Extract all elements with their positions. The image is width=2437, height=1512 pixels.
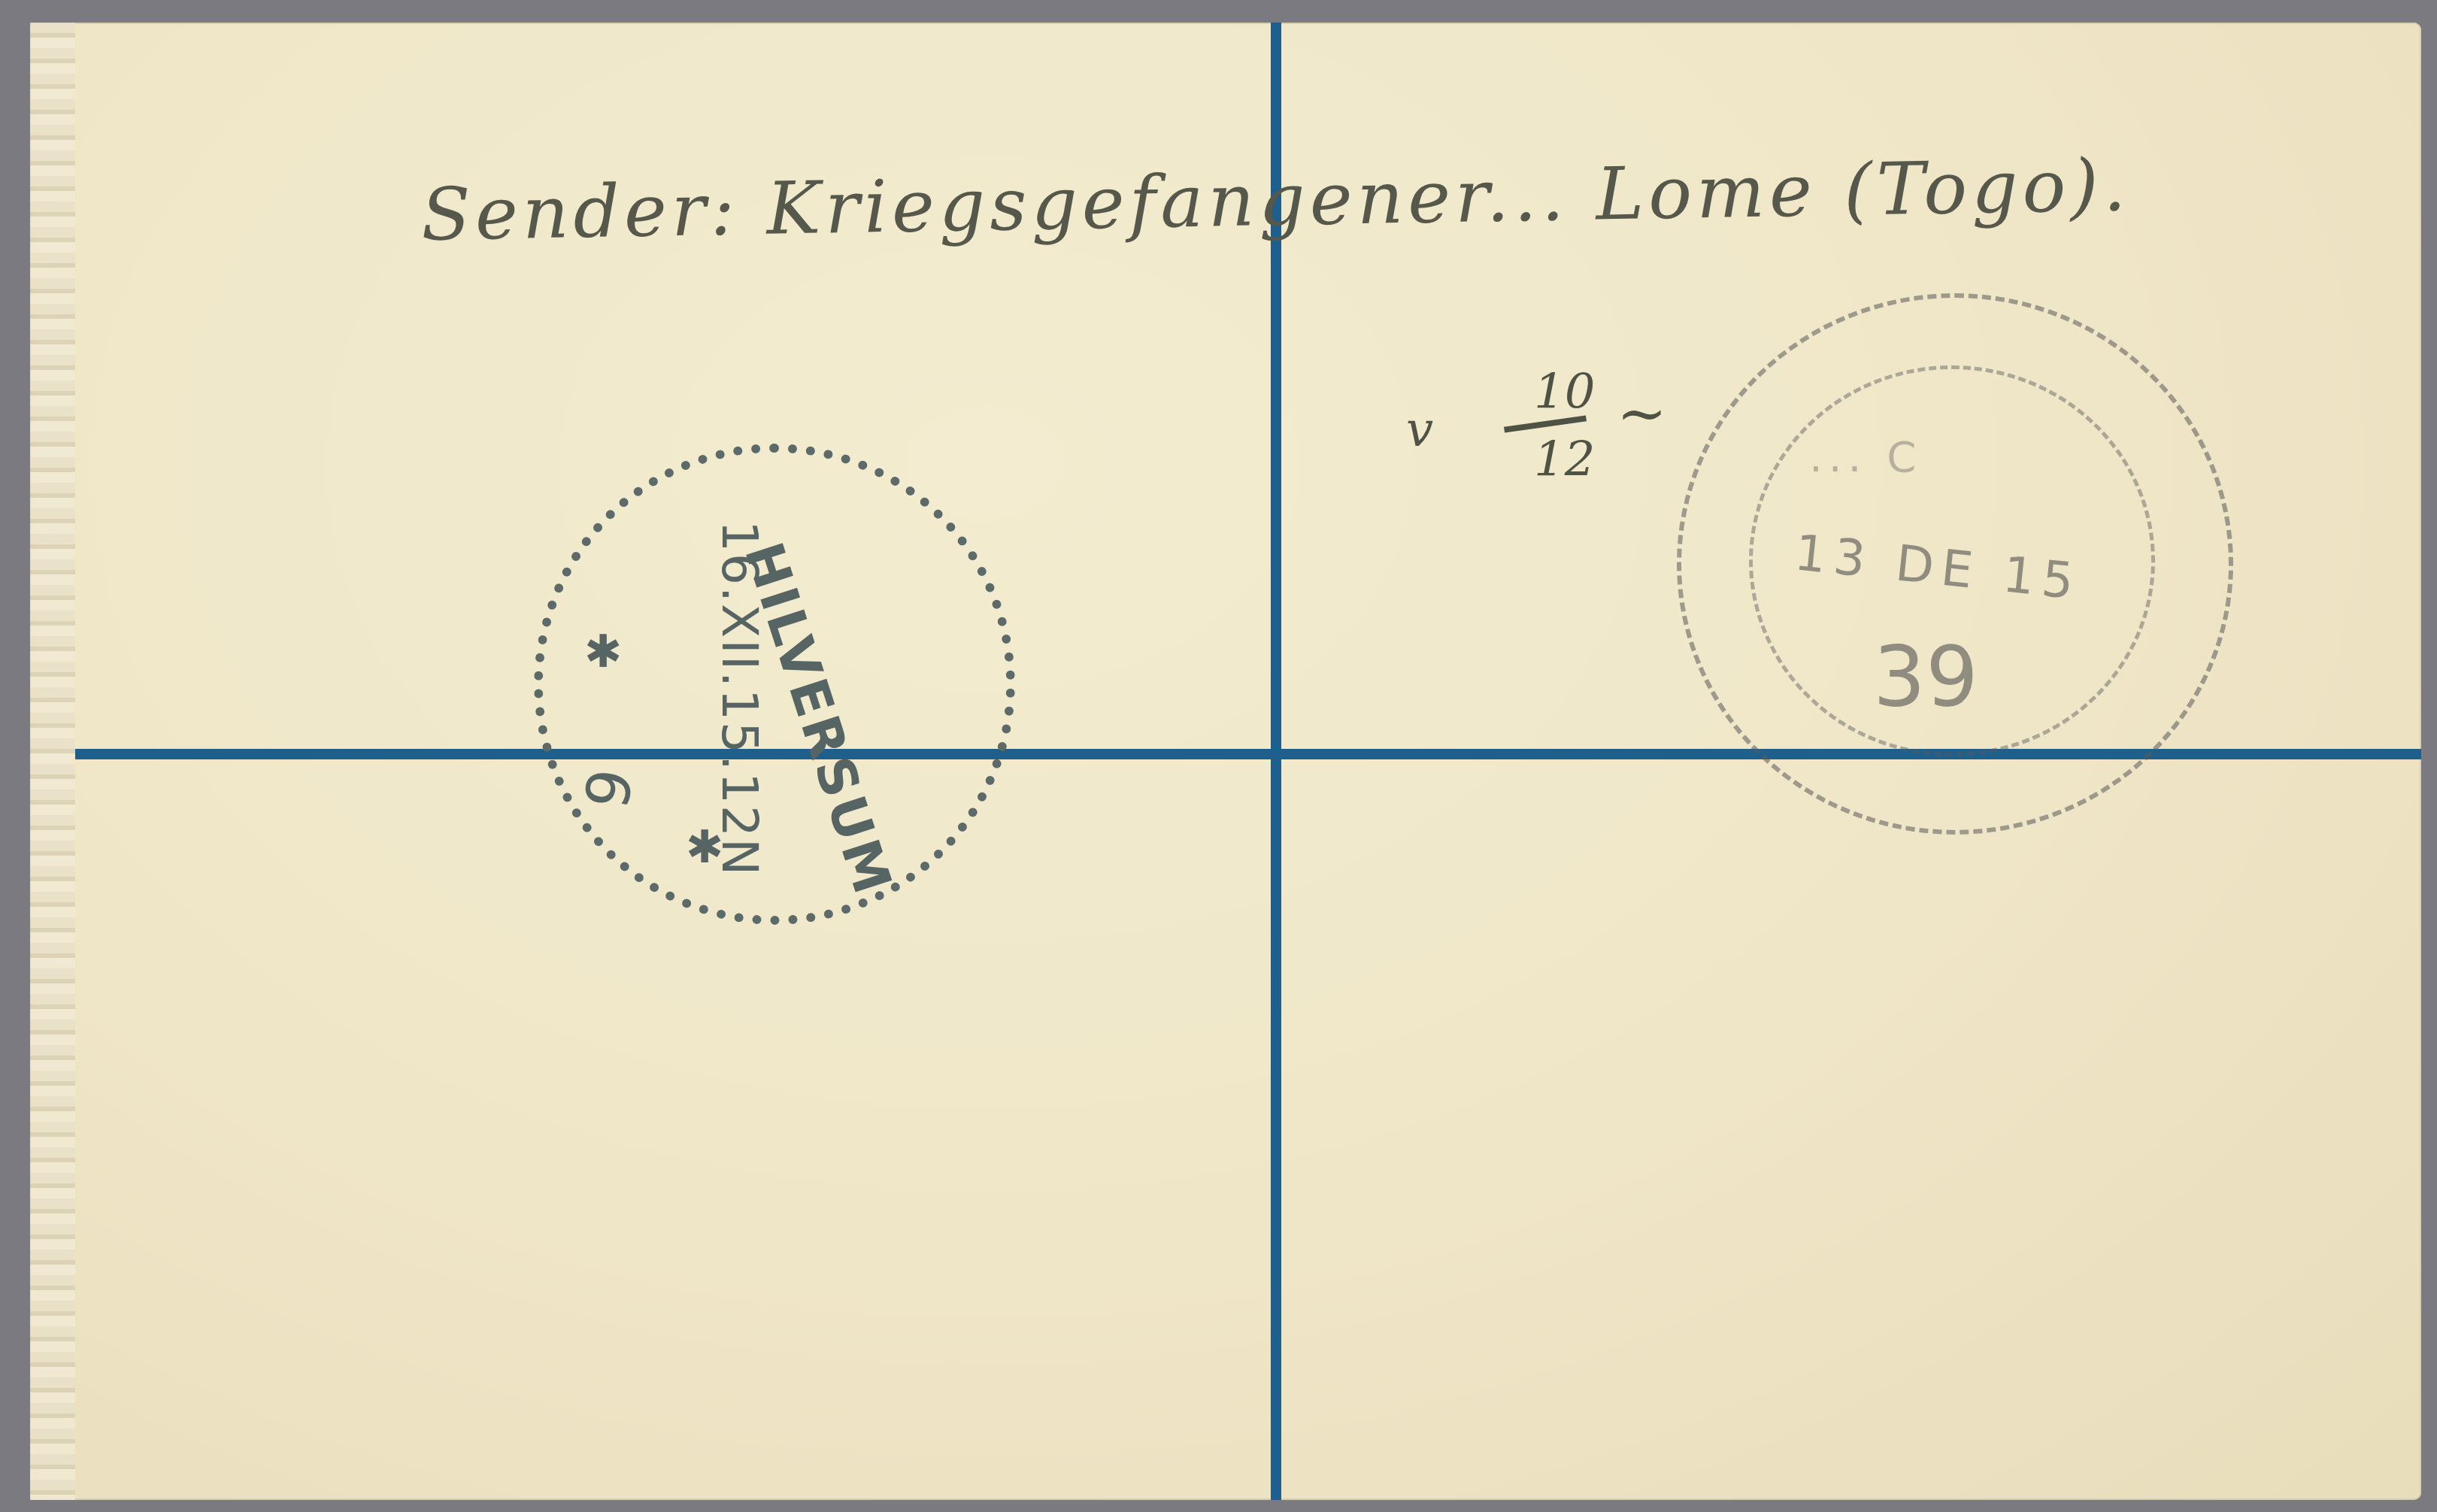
registration-cross-vertical xyxy=(1271,23,1281,1500)
annotation-numerator: 10 xyxy=(1534,368,1595,417)
annotation-prefix: v xyxy=(1406,406,1433,454)
receiving-postmark: ... C 13 DE 15 39 xyxy=(1677,293,2233,835)
annotation-mark: ~ xyxy=(1617,383,1667,444)
envelope-back: Sender: Kriegsgefangener... Lome (Togo).… xyxy=(30,23,2421,1500)
annotation-denominator: 12 xyxy=(1534,436,1595,484)
torn-left-edge xyxy=(30,23,75,1500)
star-icon: ✱ xyxy=(686,821,723,874)
sender-handwriting: Sender: Kriegsgefangener... Lome (Togo). xyxy=(420,143,2131,257)
postmark-top-text: ... C xyxy=(1809,433,1922,482)
hilversum-postmark: HILVERSUM 16.XII.15.12N 6 ✱ ✱ xyxy=(534,444,1015,925)
postmark-number: 6 xyxy=(569,763,644,813)
star-icon: ✱ xyxy=(584,626,622,678)
postmark-number: 39 xyxy=(1873,629,1978,725)
